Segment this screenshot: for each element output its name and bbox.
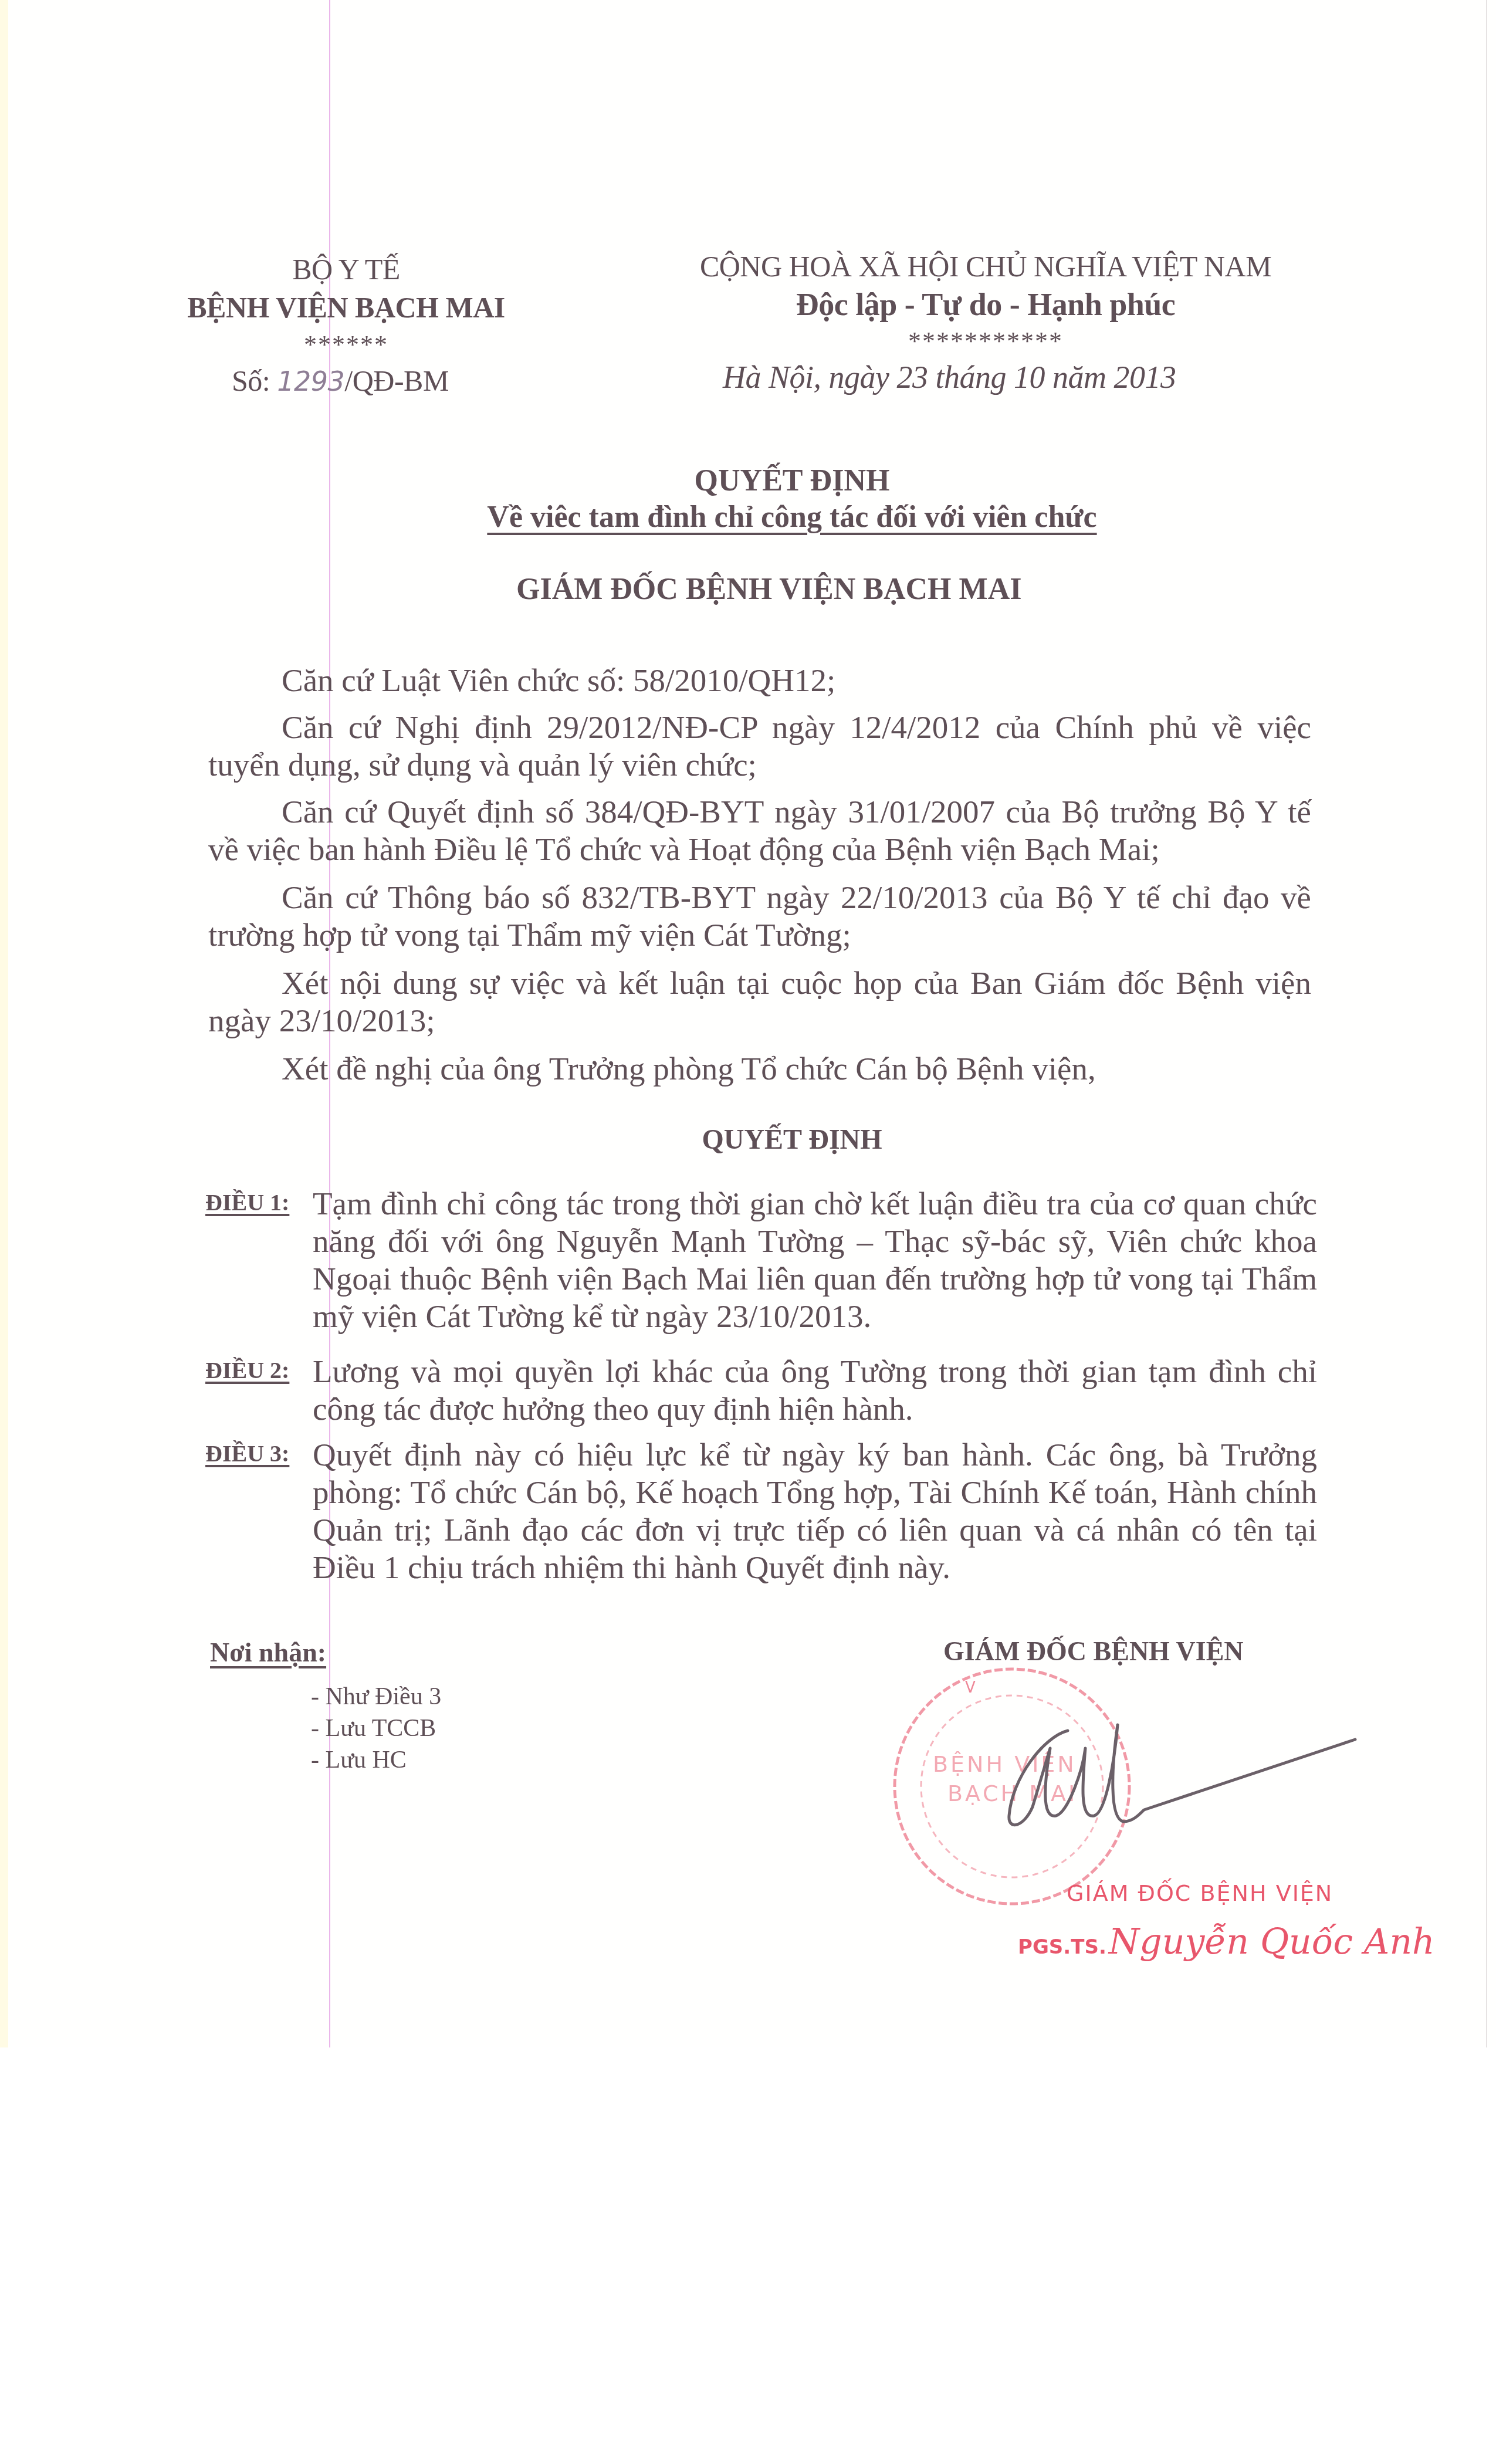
article-3-label: ĐIỀU 3: [205, 1440, 289, 1467]
national-title: CỘNG HOÀ XÃ HỘI CHỦ NGHĨA VIỆT NAM [675, 249, 1297, 283]
number-suffix: /QĐ-BM [344, 364, 449, 397]
preamble-6: Xét đề nghị của ông Trưởng phòng Tổ chức… [208, 1050, 1311, 1088]
article-1-text: Tạm đình chỉ công tác trong thời gian ch… [313, 1185, 1317, 1335]
article-3-text: Quyết định này có hiệu lực kể từ ngày ký… [313, 1436, 1317, 1586]
number-prefix: Số: [232, 364, 270, 397]
right-separator: *********** [675, 326, 1297, 356]
preamble-5: Xét nội dung sự việc và kết luận tại cuộ… [208, 964, 1311, 1040]
svg-text:V: V [965, 1679, 976, 1697]
recipient-item: - Như Điều 3 [311, 1683, 441, 1711]
signer-name: Nguyễn Quốc Anh [1109, 1921, 1435, 1962]
left-separator: ****** [199, 330, 493, 360]
recipient-item: - Lưu HC [311, 1746, 407, 1774]
article-1: ĐIỀU 1: Tạm đình chỉ công tác trong thời… [205, 1185, 1317, 1332]
handwritten-number: 1293 [277, 365, 344, 397]
signer-title: GIÁM ĐỐC BỆNH VIỆN [943, 1636, 1244, 1667]
organization-name: BỆNH VIỆN BẠCH MAI [170, 290, 522, 324]
signer-degree: PGS.TS. [1018, 1935, 1106, 1959]
scan-edge-right [1486, 0, 1487, 2047]
preamble-2: Căn cứ Nghị định 29/2012/NĐ-CP ngày 12/4… [208, 709, 1311, 784]
preamble-3: Căn cứ Quyết định số 384/QĐ-BYT ngày 31/… [208, 793, 1311, 868]
article-3: ĐIỀU 3: Quyết định này có hiệu lực kể từ… [205, 1436, 1317, 1589]
recipients-title: Nơi nhận: [210, 1637, 326, 1668]
national-motto: Độc lập - Tự do - Hạnh phúc [675, 286, 1297, 323]
recipient-item: - Lưu TCCB [311, 1714, 436, 1742]
ministry-name: BỘ Y TẾ [199, 252, 493, 286]
preamble-1: Căn cứ Luật Viên chức số: 58/2010/QH12; [208, 662, 1311, 699]
handwritten-signature-icon [968, 1713, 1379, 1842]
preamble-4: Căn cứ Thông báo số 832/TB-BYT ngày 22/1… [208, 879, 1311, 954]
document-subject: Về viêc tam đình chỉ công tác đối với vi… [411, 500, 1173, 534]
article-1-label: ĐIỀU 1: [205, 1189, 289, 1216]
article-2: ĐIỀU 2: Lương và mọi quyền lợi khác của … [205, 1353, 1317, 1429]
document-number: Số: 1293/QĐ-BM [232, 364, 449, 398]
place-date: Hà Nội, ngày 23 tháng 10 năm 2013 [723, 359, 1176, 395]
issuer-title: GIÁM ĐỐC BỆNH VIỆN BẠCH MAI [516, 572, 1021, 607]
document-type: QUYẾT ĐỊNH [411, 463, 1173, 498]
article-2-label: ĐIỀU 2: [205, 1356, 289, 1384]
scan-edge-left [0, 0, 8, 2047]
seal-signer-title: GIÁM ĐỐC BỆNH VIỆN [1067, 1880, 1333, 1906]
seal-signer-name: PGS.TS. Nguyễn Quốc Anh [1018, 1921, 1435, 1962]
decision-heading: QUYẾT ĐỊNH [587, 1123, 997, 1156]
article-2-text: Lương và mọi quyền lợi khác của ông Tườn… [313, 1353, 1317, 1428]
